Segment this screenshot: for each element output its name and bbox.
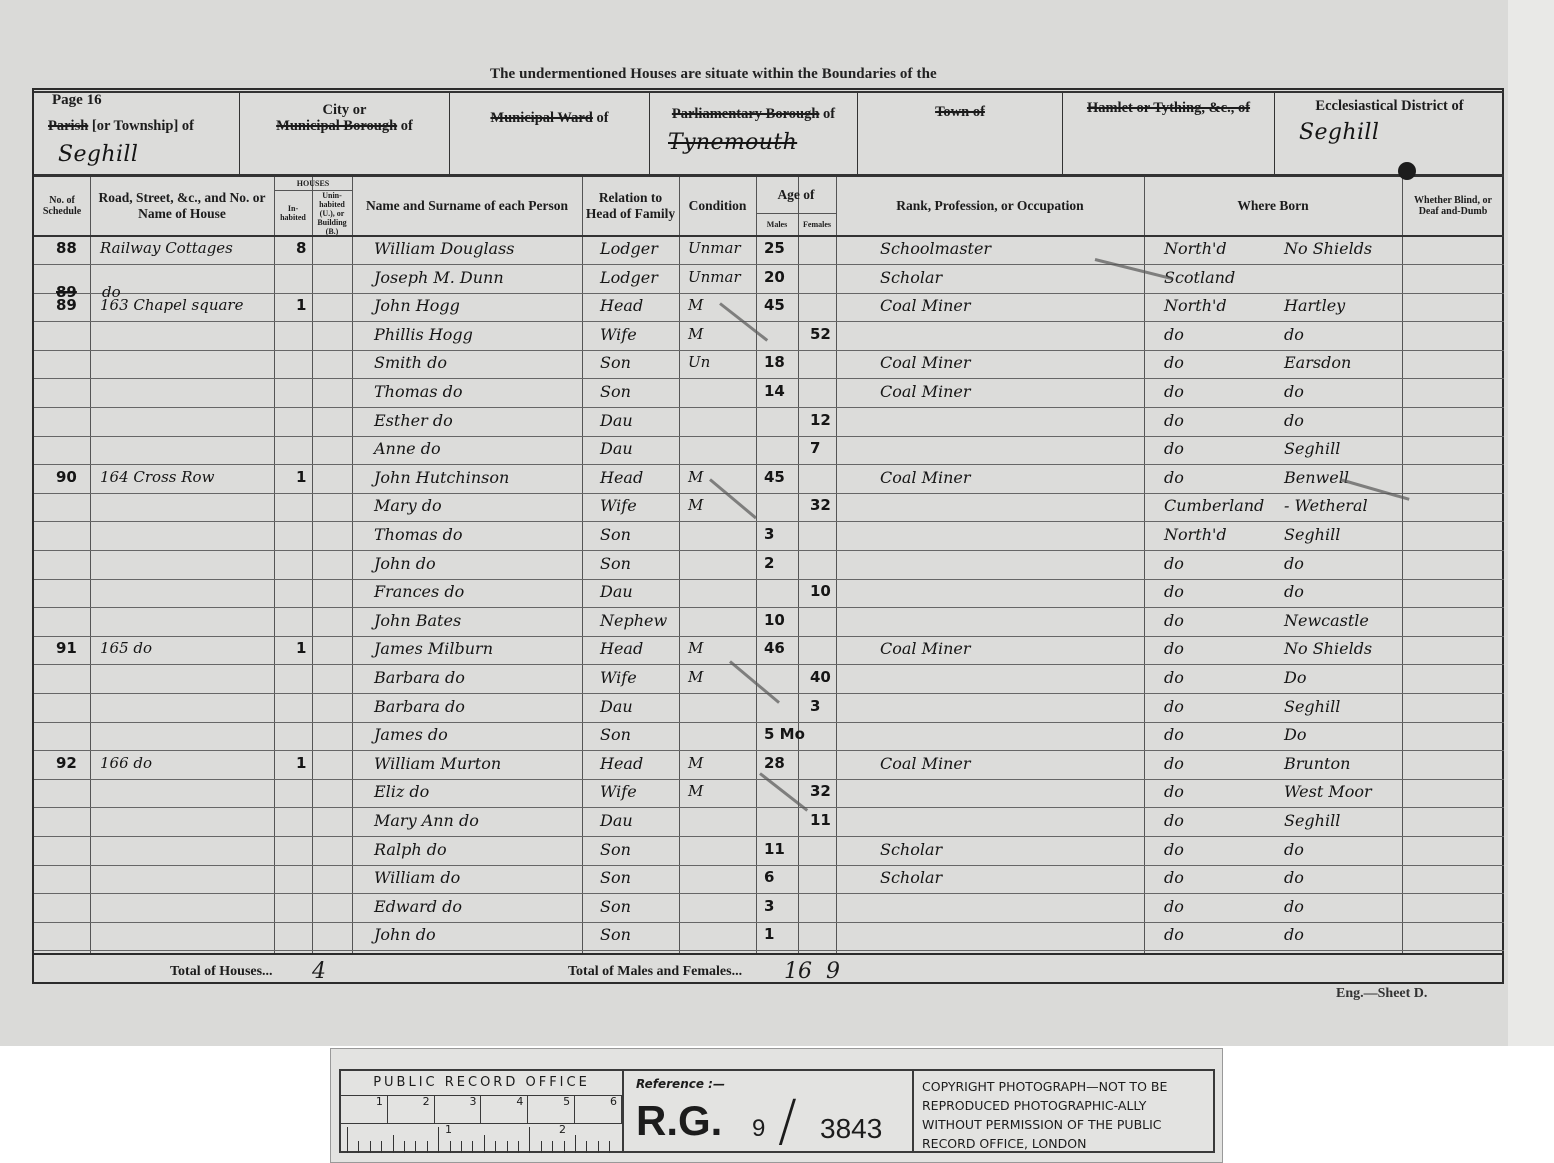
table-row: William doSon6Scholardodo xyxy=(34,866,1504,894)
birth-place: do xyxy=(1284,411,1304,435)
table-row: Frances doDau10dodo xyxy=(34,580,1504,608)
age-male: 11 xyxy=(764,840,785,864)
ruler-tick xyxy=(415,1141,416,1153)
header-box-ward: Municipal Ward of xyxy=(449,92,649,174)
relation-to-head: Son xyxy=(600,925,631,949)
relation-to-head: Wife xyxy=(600,496,637,520)
ruler-tick xyxy=(564,1141,565,1153)
age-male: 5 Mo xyxy=(764,725,805,749)
struck-road-ditto: do xyxy=(102,283,121,307)
relation-to-head: Son xyxy=(600,554,631,578)
birth-county: do xyxy=(1164,439,1184,463)
birth-county: do xyxy=(1164,782,1184,806)
col-header-males: Males xyxy=(756,213,798,235)
table-row: Ralph doSon11Scholardodo xyxy=(34,838,1504,866)
inhabited-count: 1 xyxy=(296,296,306,320)
birth-county: North'd xyxy=(1164,525,1227,549)
totals-row: Total of Houses... 4 Total of Males and … xyxy=(34,953,1504,984)
ruler-tick xyxy=(586,1141,587,1153)
reference-block: Reference :— R.G. 9 / 3843 xyxy=(624,1071,914,1151)
birth-county: do xyxy=(1164,554,1184,578)
person-name: James Milburn xyxy=(374,639,493,663)
ruler-tick xyxy=(484,1135,485,1153)
age-male: 28 xyxy=(764,754,785,778)
table-row: 90164 Cross Row1John HutchinsonHeadM45Co… xyxy=(34,466,1504,494)
age-male: 45 xyxy=(764,468,785,492)
pro-ruler-block: PUBLIC RECORD OFFICE 1 2 3 4 5 6 1 2 xyxy=(341,1071,624,1151)
occupation: Coal Miner xyxy=(880,639,971,663)
birth-place: Hartley xyxy=(1284,296,1345,320)
table-row: Barbara doDau3doSeghill xyxy=(34,695,1504,723)
person-name: William Murton xyxy=(374,754,501,778)
birth-place: Seghill xyxy=(1284,525,1340,549)
schedule-number: 90 xyxy=(56,468,77,492)
relation-to-head: Head xyxy=(600,468,643,492)
birth-place: Earsdon xyxy=(1284,353,1351,377)
person-name: William Douglass xyxy=(374,239,515,263)
ruler-tick xyxy=(541,1141,542,1153)
inhabited-count: 1 xyxy=(296,754,306,778)
birth-place: do xyxy=(1284,554,1304,578)
birth-county: do xyxy=(1164,811,1184,835)
occupation: Scholar xyxy=(880,268,942,292)
relation-to-head: Head xyxy=(600,296,643,320)
table-row: Mary doWifeM32Cumberland- Wetheral xyxy=(34,494,1504,522)
table-row: Thomas doSon14Coal Minerdodo xyxy=(34,380,1504,408)
marital-condition: M xyxy=(688,782,703,806)
table-row: John doSon1dodo xyxy=(34,923,1504,951)
table-row: Barbara doWifeM40doDo xyxy=(34,666,1504,694)
total-females-value: 9 xyxy=(826,959,840,984)
ruler-tick xyxy=(347,1127,348,1153)
relation-to-head: Dau xyxy=(600,811,633,835)
birth-place: No Shields xyxy=(1284,639,1372,663)
relation-to-head: Son xyxy=(600,725,631,749)
birth-county: do xyxy=(1164,325,1184,349)
inhabited-count: 1 xyxy=(296,639,306,663)
page-number: Page 16 xyxy=(52,92,102,109)
birth-county: Cumberland xyxy=(1164,496,1264,520)
ruler-tick xyxy=(575,1135,576,1153)
header-box-town: Town of xyxy=(857,92,1062,174)
birth-place: Brunton xyxy=(1284,754,1350,778)
age-female: 7 xyxy=(810,439,820,463)
inhabited-count: 8 xyxy=(296,239,306,263)
occupation: Coal Miner xyxy=(880,382,971,406)
header-box-parliamentary: Parliamentary Borough of Tynemouth xyxy=(649,92,857,174)
table-row: Joseph M. DunnLodgerUnmar20ScholarScotla… xyxy=(34,266,1504,294)
age-male: 3 xyxy=(764,897,774,921)
reference-slash: / xyxy=(778,1089,797,1154)
birth-county: do xyxy=(1164,754,1184,778)
birth-place: Seghill xyxy=(1284,811,1340,835)
relation-to-head: Dau xyxy=(600,439,633,463)
reference-piece-part: 9 xyxy=(752,1115,765,1143)
reference-piece-number: 3843 xyxy=(820,1113,882,1145)
ruler-tick xyxy=(381,1141,382,1153)
marital-condition: M xyxy=(688,639,703,663)
table-row: Smith doSonUn18Coal MinerdoEarsdon xyxy=(34,351,1504,379)
copyright-notice: COPYRIGHT PHOTOGRAPH—NOT TO BE REPRODUCE… xyxy=(914,1071,1214,1151)
person-name: Barbara do xyxy=(374,668,465,692)
ruler-tick xyxy=(461,1141,462,1153)
table-row: Eliz doWifeM32doWest Moor xyxy=(34,780,1504,808)
header-box-hamlet: Hamlet or Tything, &c., of xyxy=(1062,92,1274,174)
struck-schedule-number: 89 xyxy=(56,283,77,307)
person-name: Edward do xyxy=(374,897,462,921)
occupation: Coal Miner xyxy=(880,754,971,778)
marital-condition: M xyxy=(688,754,703,778)
person-name: Mary do xyxy=(374,496,442,520)
birth-county: do xyxy=(1164,725,1184,749)
col-header-occupation: Rank, Profession, or Occupation xyxy=(836,177,1144,235)
birth-county: do xyxy=(1164,468,1184,492)
total-houses-value: 4 xyxy=(312,959,326,984)
marital-condition: M xyxy=(688,496,703,520)
ruler-tick xyxy=(507,1141,508,1153)
relation-to-head: Nephew xyxy=(600,611,667,635)
schedule-number: 88 xyxy=(56,239,77,263)
birth-county: do xyxy=(1164,353,1184,377)
birth-place: Seghill xyxy=(1284,697,1340,721)
road-address: 164 Cross Row xyxy=(100,468,214,492)
relation-to-head: Dau xyxy=(600,411,633,435)
birth-place: do xyxy=(1284,382,1304,406)
birth-county: do xyxy=(1164,611,1184,635)
pro-reference-label: PUBLIC RECORD OFFICE 1 2 3 4 5 6 1 2 Ref… xyxy=(330,1048,1223,1163)
marital-condition: Unmar xyxy=(688,239,741,263)
table-row: 91165 do1James MilburnHeadM46Coal Minerd… xyxy=(34,637,1504,665)
col-header-houses: HOUSES xyxy=(274,177,352,191)
age-male: 1 xyxy=(764,925,774,949)
table-row: John BatesNephew10doNewcastle xyxy=(34,609,1504,637)
relation-to-head: Lodger xyxy=(600,239,658,263)
age-male: 25 xyxy=(764,239,785,263)
marital-condition: M xyxy=(688,325,703,349)
reference-series: R.G. xyxy=(636,1097,722,1145)
table-row: Thomas doSon3North'dSeghill xyxy=(34,523,1504,551)
ruler-tick xyxy=(529,1127,530,1153)
occupation: Schoolmaster xyxy=(880,239,991,263)
birth-county: North'd xyxy=(1164,296,1227,320)
col-header-blind-deaf: Whether Blind, or Deaf and-Dumb xyxy=(1402,177,1504,235)
relation-to-head: Dau xyxy=(600,697,633,721)
birth-place: do xyxy=(1284,840,1304,864)
ruler-tick xyxy=(450,1141,451,1153)
relation-to-head: Son xyxy=(600,897,631,921)
schedule-number: 92 xyxy=(56,754,77,778)
struck-text: Parish xyxy=(48,118,88,134)
table-row: Phillis HoggWifeM52dodo xyxy=(34,323,1504,351)
table-row: 88Railway Cottages8William DouglassLodge… xyxy=(34,237,1504,265)
ruler-tick xyxy=(609,1141,610,1153)
road-address: 165 do xyxy=(100,639,152,663)
scan-right-margin xyxy=(1508,0,1554,1048)
pro-title: PUBLIC RECORD OFFICE xyxy=(341,1071,622,1096)
table-row: James doSon5 ModoDo xyxy=(34,723,1504,751)
birth-county: North'd xyxy=(1164,239,1227,263)
birth-place: Do xyxy=(1284,668,1306,692)
ruler-tick xyxy=(472,1141,473,1153)
total-houses-label: Total of Houses... xyxy=(170,964,273,980)
person-name: Phillis Hogg xyxy=(374,325,473,349)
age-male: 6 xyxy=(764,868,774,892)
ruler-tick xyxy=(438,1127,439,1153)
table-row: 92166 do1William MurtonHeadM28Coal Miner… xyxy=(34,752,1504,780)
person-name: William do xyxy=(374,868,460,892)
ruler-tick xyxy=(427,1141,428,1153)
ecclesiastical-value: Seghill xyxy=(1299,120,1379,145)
person-name: Barbara do xyxy=(374,697,465,721)
col-header-females: Females xyxy=(798,213,836,235)
age-male: 46 xyxy=(764,639,785,663)
birth-county: do xyxy=(1164,382,1184,406)
relation-to-head: Son xyxy=(600,840,631,864)
person-name: Anne do xyxy=(374,439,441,463)
age-female: 12 xyxy=(810,411,831,435)
occupation: Coal Miner xyxy=(880,468,971,492)
person-name: Thomas do xyxy=(374,525,463,549)
age-male: 3 xyxy=(764,525,774,549)
parish-value: Seghill xyxy=(58,142,138,167)
person-name: James do xyxy=(374,725,448,749)
person-name: Frances do xyxy=(374,582,464,606)
table-row: Esther doDau12dodo xyxy=(34,409,1504,437)
marital-condition: Unmar xyxy=(688,268,741,292)
birth-county: do xyxy=(1164,639,1184,663)
sheet-identifier: Eng.—Sheet D. xyxy=(1336,986,1427,1002)
age-female: 11 xyxy=(810,811,831,835)
ruler-tick xyxy=(370,1141,371,1153)
birth-place: Seghill xyxy=(1284,439,1340,463)
road-address: 163 Chapel square xyxy=(100,296,243,320)
birth-place: do xyxy=(1284,868,1304,892)
col-header-relation: Relation to Head of Family xyxy=(582,177,679,235)
parliamentary-value: Tynemouth xyxy=(668,130,797,155)
birth-county: Scotland xyxy=(1164,268,1235,292)
person-name: Joseph M. Dunn xyxy=(374,268,504,292)
table-row: 89163 Chapel square1John HoggHeadM45Coal… xyxy=(34,294,1504,322)
ruler-tick xyxy=(552,1141,553,1153)
col-header-uninhabited: Unin-habited (U.), or Building (B.) xyxy=(312,191,352,235)
age-male: 20 xyxy=(764,268,785,292)
banner-heading: The undermentioned Houses are situate wi… xyxy=(490,66,937,83)
relation-to-head: Son xyxy=(600,353,631,377)
age-male: 18 xyxy=(764,353,785,377)
table-row: Edward doSon3dodo xyxy=(34,895,1504,923)
total-males-value: 16 xyxy=(784,959,812,984)
marital-condition: M xyxy=(688,296,703,320)
birth-place: West Moor xyxy=(1284,782,1372,806)
occupation: Scholar xyxy=(880,868,942,892)
occupation: Scholar xyxy=(880,840,942,864)
person-name: Smith do xyxy=(374,353,447,377)
table-row: John doSon2dodo xyxy=(34,552,1504,580)
age-male: 45 xyxy=(764,296,785,320)
col-header-where-born: Where Born xyxy=(1144,177,1402,235)
age-female: 3 xyxy=(810,697,820,721)
relation-to-head: Dau xyxy=(600,582,633,606)
age-male: 14 xyxy=(764,382,785,406)
ruler-tick xyxy=(404,1141,405,1153)
marital-condition: M xyxy=(688,468,703,492)
ink-blot xyxy=(1398,162,1416,180)
occupation: Coal Miner xyxy=(880,353,971,377)
birth-place: Newcastle xyxy=(1284,611,1369,635)
age-female: 32 xyxy=(810,496,831,520)
person-name: John Bates xyxy=(374,611,461,635)
col-header-condition: Condition xyxy=(679,177,756,235)
birth-place: do xyxy=(1284,582,1304,606)
person-name: Ralph do xyxy=(374,840,447,864)
age-male: 10 xyxy=(764,611,785,635)
person-name: John Hutchinson xyxy=(374,468,509,492)
col-header-inhabited: In-habited xyxy=(274,191,312,235)
age-female: 10 xyxy=(810,582,831,606)
col-header-age: Age of xyxy=(756,177,836,213)
birth-place: Do xyxy=(1284,725,1306,749)
inhabited-count: 1 xyxy=(296,468,306,492)
table-row: Mary Ann doDau11doSeghill xyxy=(34,809,1504,837)
road-address: Railway Cottages xyxy=(100,239,233,263)
birth-county: do xyxy=(1164,582,1184,606)
header-box-city: City orMunicipal Borough of xyxy=(239,92,449,174)
birth-county: do xyxy=(1164,411,1184,435)
birth-place: do xyxy=(1284,897,1304,921)
relation-to-head: Head xyxy=(600,639,643,663)
centimetre-scale: 1 2 3 4 5 6 xyxy=(341,1095,622,1124)
col-header-schedule: No. of Schedule xyxy=(34,177,90,235)
marital-condition: M xyxy=(688,668,703,692)
age-female: 40 xyxy=(810,668,831,692)
relation-to-head: Son xyxy=(600,525,631,549)
ruler-tick xyxy=(358,1141,359,1153)
relation-to-head: Son xyxy=(600,382,631,406)
schedule-number: 91 xyxy=(56,639,77,663)
person-name: John do xyxy=(374,554,436,578)
birth-county: do xyxy=(1164,840,1184,864)
ruler-tick xyxy=(495,1141,496,1153)
relation-to-head: Head xyxy=(600,754,643,778)
age-female: 52 xyxy=(810,325,831,349)
table-row: Anne doDau7doSeghill xyxy=(34,437,1504,465)
reference-label: Reference :— xyxy=(636,1077,725,1091)
relation-to-head: Son xyxy=(600,868,631,892)
person-name: Esther do xyxy=(374,411,453,435)
header-box-ecclesiastical: Ecclesiastical District of Seghill xyxy=(1274,92,1504,174)
birth-county: do xyxy=(1164,925,1184,949)
person-name: John Hogg xyxy=(374,296,460,320)
col-header-name: Name and Surname of each Person xyxy=(352,177,582,235)
relation-to-head: Wife xyxy=(600,325,637,349)
age-male: 2 xyxy=(764,554,774,578)
inch-scale: 1 2 xyxy=(341,1123,622,1153)
ruler-tick xyxy=(598,1141,599,1153)
ruler-tick xyxy=(393,1135,394,1153)
relation-to-head: Wife xyxy=(600,782,637,806)
marital-condition: Un xyxy=(688,353,710,377)
person-name: Mary Ann do xyxy=(374,811,479,835)
total-persons-label: Total of Males and Females... xyxy=(568,964,742,980)
relation-to-head: Lodger xyxy=(600,268,658,292)
occupation: Coal Miner xyxy=(880,296,971,320)
header-box-parish: Parish [or Township] of Seghill xyxy=(34,112,239,174)
road-address: 166 do xyxy=(100,754,152,778)
birth-county: do xyxy=(1164,697,1184,721)
birth-place: do xyxy=(1284,925,1304,949)
birth-county: do xyxy=(1164,897,1184,921)
person-name: Eliz do xyxy=(374,782,429,806)
birth-place: - Wetheral xyxy=(1284,496,1368,520)
person-name: Thomas do xyxy=(374,382,463,406)
ruler-tick xyxy=(518,1141,519,1153)
birth-county: do xyxy=(1164,668,1184,692)
col-header-road: Road, Street, &c., and No. or Name of Ho… xyxy=(90,177,274,235)
birth-place: No Shields xyxy=(1284,239,1372,263)
birth-county: do xyxy=(1164,868,1184,892)
age-female: 32 xyxy=(810,782,831,806)
relation-to-head: Wife xyxy=(600,668,637,692)
person-name: John do xyxy=(374,925,436,949)
birth-place: do xyxy=(1284,325,1304,349)
